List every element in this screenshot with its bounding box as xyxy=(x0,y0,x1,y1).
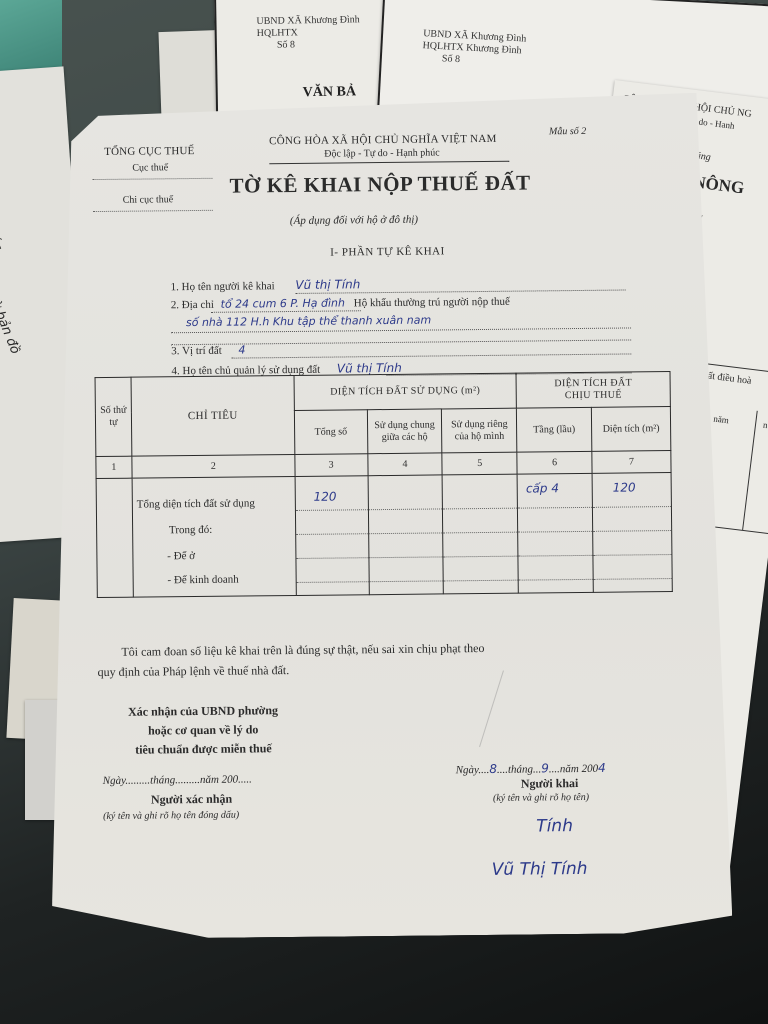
field-value-handwritten: 4 xyxy=(238,343,245,356)
field-land-location: 3. Vị trí đất 4 xyxy=(171,343,245,357)
col-number: 2 xyxy=(132,454,295,478)
date-label: Ngày xyxy=(456,764,479,776)
form-subtitle: (Áp dụng đối với hộ ở đô thị) xyxy=(290,214,418,227)
dotted-rows xyxy=(518,484,593,581)
date-year-handwritten: 4 xyxy=(598,761,606,775)
col-number: 6 xyxy=(517,451,592,474)
date-label: năm 200 xyxy=(560,763,598,775)
cell-value-handwritten: cấp 4 xyxy=(526,482,559,494)
declarant-full-name: Vũ Thị Tính xyxy=(492,859,588,880)
row-label: Trong đó: xyxy=(169,524,212,536)
field-label: 2. Địa chỉ xyxy=(171,299,214,311)
back-doc-a-header: UBND XÃ Khương Đình HQLHTX Số 8 xyxy=(256,14,360,52)
col-header-area: Diện tích (m²) xyxy=(591,407,670,452)
date-label: tháng xyxy=(508,763,533,775)
back-doc-a-line: UBND XÃ Khương Đình xyxy=(256,14,359,28)
field-declarant: 1. Họ tên người kê khai Vũ thị Tính xyxy=(171,277,361,293)
private-cell xyxy=(442,474,518,594)
org-tax-department: Cục thuế xyxy=(132,162,168,173)
confirmation-line: tiêu chuẩn được miễn thuế xyxy=(98,739,308,760)
col-header-floor: Tầng (lầu) xyxy=(517,407,592,452)
confirmation-line: hoặc cơ quan về lý do xyxy=(98,720,308,741)
cell-value-handwritten: 120 xyxy=(314,491,337,503)
declarant-signature: Tính xyxy=(536,816,573,836)
confirmer-date: Ngày.........tháng.........năm 200..... xyxy=(103,773,252,787)
col-number: 3 xyxy=(295,454,368,477)
right-doc-col: năm xyxy=(713,414,730,426)
col-header-stt: Số thứ tự xyxy=(95,377,132,456)
declaration-text: Tôi cam đoan số liệu kê khai trên là đún… xyxy=(121,641,484,660)
field-dotted-line xyxy=(211,310,361,313)
confirmer-hint: (ký tên và ghi rõ họ tên đóng dấu) xyxy=(103,810,239,822)
form-title: TỜ KÊ KHAI NỘP THUẾ ĐẤT xyxy=(229,170,530,198)
confirmation-block: Xác nhận của UBND phường hoặc cơ quan về… xyxy=(98,701,309,760)
area-cell: 120 xyxy=(592,473,672,593)
field-label-suffix: Hộ khẩu thường trú người nộp thuế xyxy=(354,296,510,310)
field-address: 2. Địa chỉ tổ 24 cum 6 P. Hạ đình Hộ khẩ… xyxy=(171,295,510,312)
dotted-rows xyxy=(368,485,443,582)
col-number: 7 xyxy=(592,451,671,474)
org-dotted-line xyxy=(92,178,212,180)
col-header-shared: Sử dụng chung giữa các hộ xyxy=(367,409,442,454)
declarant-role: Người khai xyxy=(521,776,579,792)
cell-value-handwritten: 120 xyxy=(613,481,636,493)
right-doc-col: n xyxy=(762,420,768,430)
org-tax-branch: Chi cục thuế xyxy=(123,194,174,206)
confirmer-role: Người xác nhận xyxy=(151,792,232,808)
declarant-hint: (ký tên và ghi rõ họ tên) xyxy=(493,792,589,804)
republic-name: CÔNG HÒA XÃ HỘI CHỦ NGHĨA VIỆT NAM xyxy=(269,133,497,147)
org-dotted-line xyxy=(93,210,213,212)
motto-underline xyxy=(269,161,509,165)
section-title: I- PHẦN TỰ KÊ KHAI xyxy=(330,245,445,258)
org-general-tax: TỔNG CỤC THUẾ xyxy=(104,145,195,158)
col-number: 4 xyxy=(367,453,442,476)
floor-cell: cấp 4 xyxy=(517,473,593,593)
declarant-date: Ngày....8....tháng...9....năm 2004 xyxy=(456,761,606,777)
chi-tieu-cell: Tổng diện tích đất sử dụng Trong đó: - Đ… xyxy=(132,476,296,597)
row-label: - Để ở xyxy=(167,550,195,562)
declaration-text: quy định của Pháp lệnh về thuế nhà đất. xyxy=(98,663,290,680)
row-label: - Để kinh doanh xyxy=(167,574,238,587)
back-doc-b-header: UBND XÃ Khương Đình HQLHTX Khương Đình S… xyxy=(422,28,527,69)
col-header-chi-tieu: CHỈ TIÊU xyxy=(131,375,295,456)
field-address-line2: số nhà 112 H.h Khu tập thể thanh xuân na… xyxy=(186,314,431,330)
land-area-table: Số thứ tự CHỈ TIÊU DIỆN TÍCH ĐẤT SỬ DỤNG… xyxy=(95,371,673,598)
field-dotted-line xyxy=(231,353,631,358)
col-number: 5 xyxy=(442,452,517,475)
col-header-tong-so: Tổng số xyxy=(294,410,367,455)
back-doc-a-heading: VĂN BẢ xyxy=(303,84,357,101)
col-header-private: Sử dụng riêng của hộ mình xyxy=(442,408,517,453)
col-header-group-used: DIỆN TÍCH ĐẤT SỬ DỤNG (m²) xyxy=(294,373,517,410)
row-label: Tổng diện tích đất sử dụng xyxy=(137,497,255,510)
field-value-handwritten: Vũ thị Tính xyxy=(295,277,360,292)
dotted-rows xyxy=(443,485,518,582)
faint-pencil-mark xyxy=(479,670,542,759)
land-tax-form: TỔNG CỤC THUẾ Cục thuế Chi cục thuế CÔNG… xyxy=(44,92,733,939)
field-value-handwritten: số nhà 112 H.h Khu tập thể thanh xuân na… xyxy=(186,314,431,330)
left-note: ĐẤT Thửa 334 Tờ bản đồ Khu Đồng Trôn xyxy=(0,222,43,365)
confirmation-line: Xác nhận của UBND phường xyxy=(98,701,308,722)
col-number: 1 xyxy=(96,456,132,478)
form-number: Mẫu số 2 xyxy=(549,126,586,137)
dotted-rows xyxy=(593,483,672,580)
col-header-group-taxed: DIỆN TÍCH ĐẤT CHỊU THUẾ xyxy=(516,372,670,409)
field-label: 1. Họ tên người kê khai xyxy=(171,280,275,293)
back-doc-a-line: Số 8 xyxy=(257,38,360,52)
field-label: 3. Vị trí đất xyxy=(171,345,222,358)
national-motto: Độc lập - Tự do - Hạnh phúc xyxy=(324,147,440,159)
tong-so-cell: 120 xyxy=(295,476,369,596)
shared-cell xyxy=(368,475,444,595)
field-value-handwritten: tổ 24 cum 6 P. Hạ đình xyxy=(221,296,346,310)
stt-cell xyxy=(96,478,133,597)
